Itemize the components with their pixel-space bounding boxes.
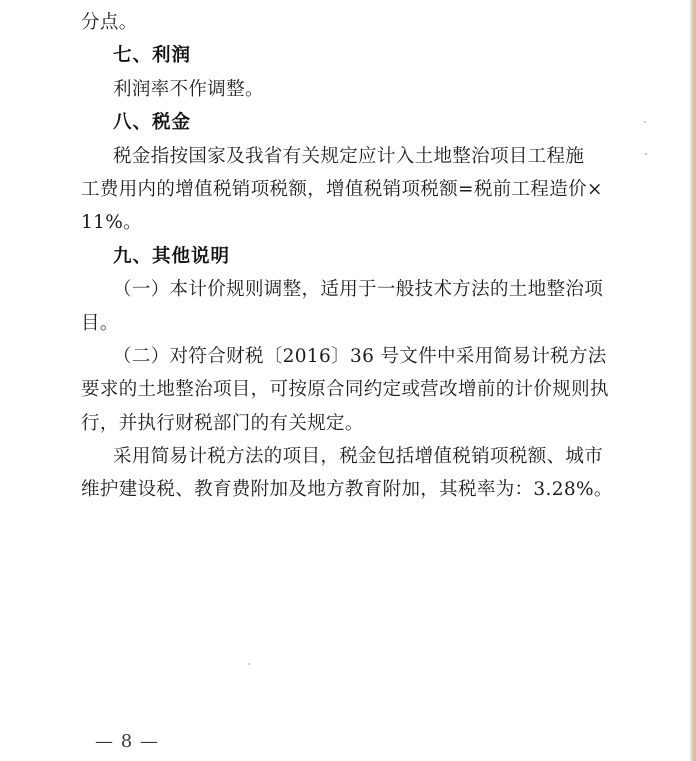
scan-speck: [248, 663, 250, 665]
text-line: 目。: [81, 307, 621, 340]
text-line: 分点。: [81, 6, 621, 39]
scan-speck: [645, 153, 647, 155]
scan-speck: [644, 121, 646, 123]
text-line: 利润率不作调整。: [81, 73, 621, 106]
text-line: 11%。: [81, 206, 621, 239]
text-line: 维护建设税、教育费附加及地方教育附加，其税率为：3.28%。: [81, 473, 621, 506]
page-number: — 8 —: [95, 731, 159, 752]
section-heading: 九、其他说明: [81, 240, 621, 273]
text-line: （二）对符合财税〔2016〕36 号文件中采用简易计税方法: [81, 340, 621, 373]
section-heading: 八、税金: [81, 106, 621, 139]
text-line: 行，并执行财税部门的有关规定。: [81, 407, 621, 440]
section-heading: 七、利润: [81, 39, 621, 72]
text-line: 税金指按国家及我省有关规定应计入土地整治项目工程施: [81, 140, 621, 173]
text-line: （一）本计价规则调整，适用于一般技术方法的土地整治项: [81, 273, 621, 306]
scan-edge-strip: [691, 0, 696, 761]
text-line: 采用简易计税方法的项目，税金包括增值税销项税额、城市: [81, 440, 621, 473]
document-page: 分点。七、利润利润率不作调整。八、税金税金指按国家及我省有关规定应计入土地整治项…: [0, 0, 696, 761]
document-body: 分点。七、利润利润率不作调整。八、税金税金指按国家及我省有关规定应计入土地整治项…: [81, 6, 621, 507]
text-line: 工费用内的增值税销项税额，增值税销项税额=税前工程造价×: [81, 173, 621, 206]
text-line: 要求的土地整治项目，可按原合同约定或营改增前的计价规则执: [81, 373, 621, 406]
